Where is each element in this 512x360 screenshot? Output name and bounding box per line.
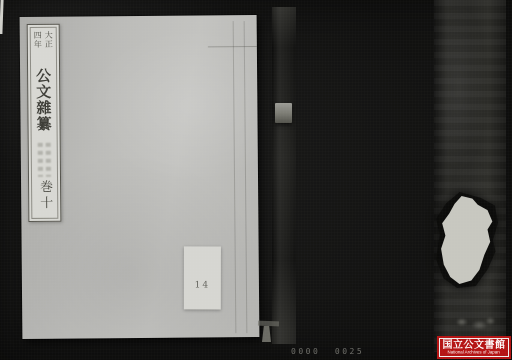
paper-specks	[453, 314, 497, 334]
watermark-japanese-text: 国立公文書館	[443, 340, 506, 351]
book-cover: 大正 四年 公文雜纂 巻十 14	[20, 15, 260, 339]
cover-fold-line	[244, 21, 248, 333]
archives-watermark-badge: 国立公文書館 National Archives of Japan	[437, 336, 511, 359]
spine-foot-mark	[262, 326, 271, 342]
torn-label-area	[436, 192, 498, 288]
archive-photograph: 大正 四年 公文雜纂 巻十 14 0000 0025 国立公	[0, 0, 512, 360]
watermark-frame: 国立公文書館 National Archives of Japan	[439, 338, 509, 357]
cover-fold-line	[233, 21, 237, 333]
faint-annotation-columns	[38, 143, 51, 177]
title-label-frame: 大正 四年 公文雜纂 巻十	[30, 27, 59, 219]
era-column-right: 大正	[43, 31, 54, 65]
faint-annotation-column	[38, 143, 43, 177]
book-title-text: 公文雜纂	[33, 68, 55, 138]
film-frame-number: 0000 0025	[291, 347, 364, 356]
call-number-sticker: 14	[184, 246, 221, 309]
dark-volume-spine	[272, 7, 296, 344]
era-year-text: 大正 四年	[32, 31, 54, 65]
volume-number-text: 巻十	[35, 180, 54, 212]
dark-volume-edge-band	[434, 0, 506, 352]
faint-annotation-column	[46, 143, 51, 177]
title-label: 大正 四年 公文雜纂 巻十	[27, 24, 62, 222]
photo-edge-sliver	[0, 0, 4, 34]
spine-foot-mark	[258, 321, 279, 327]
era-column-left: 四年	[32, 31, 43, 65]
sticker-number: 14	[195, 280, 210, 290]
watermark-english-text: National Archives of Japan	[448, 351, 500, 355]
cover-crease	[208, 46, 257, 47]
binding-clasp	[275, 103, 292, 123]
